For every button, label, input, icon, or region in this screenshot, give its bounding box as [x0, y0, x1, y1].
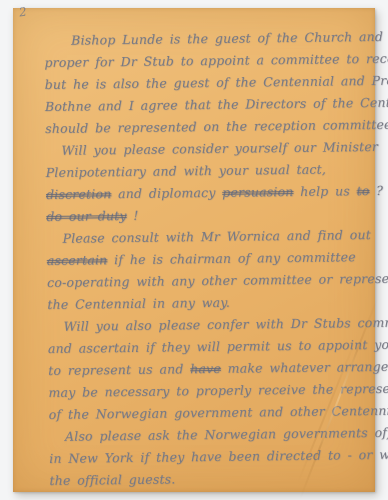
struck-text: to — [357, 183, 370, 198]
text-segment: make whatever arrangements — [221, 358, 388, 376]
text-segment: ? — [369, 183, 383, 198]
text-segment: Also please ask the Norwegian government… — [65, 424, 388, 443]
struck-text: discretion — [46, 186, 112, 202]
text-segment: the Centennial in any way. — [47, 295, 230, 312]
text-segment: the official guests. — [49, 471, 175, 488]
text-segment: proper for Dr Stub to appoint a committe… — [44, 50, 388, 70]
text-segment: Will you please consider yourself our Mi… — [61, 139, 378, 158]
photo-background: 2 Bishop Lunde is the guest of the Churc… — [0, 0, 388, 500]
text-segment: in New York if they have been directed t… — [49, 446, 388, 466]
text-segment: to represent us and — [48, 361, 190, 378]
struck-text: have — [190, 361, 221, 376]
text-segment: and diplomacy — [111, 185, 222, 201]
text-line: in New York if they have been directed t… — [49, 444, 370, 470]
struck-text: do our duty — [46, 208, 127, 224]
text-segment: Bishop Lunde is the guest of the Church … — [71, 28, 388, 47]
letter-body: Bishop Lunde is the guest of the Church … — [44, 26, 371, 492]
text-segment: Plenipotentiary and with your usual tact… — [46, 162, 326, 180]
text-segment: co-operating with any other committee or… — [47, 270, 388, 290]
text-segment: but he is also the guest of the Centenni… — [45, 72, 388, 92]
text-segment: Will you also please confer with Dr Stub… — [64, 314, 388, 333]
text-segment: Bothne and I agree that the Directors of… — [45, 94, 388, 114]
text-segment: Please consult with Mr Wornica and find … — [62, 227, 371, 246]
text-segment: and ascertain if they will permit us to … — [48, 337, 388, 356]
text-segment: should be represented on the reception c… — [45, 117, 388, 136]
text-segment: of the Norwegian government and other Ce… — [49, 402, 388, 422]
text-line: co-operating with any other committee or… — [47, 268, 368, 294]
text-line: the official guests. — [49, 466, 370, 492]
struck-text: persuasion — [222, 184, 293, 200]
letter-paper: 2 Bishop Lunde is the guest of the Churc… — [13, 8, 375, 492]
text-segment: may be necessary to properly receive the… — [48, 380, 388, 400]
text-segment: if he is chairman of any committee — [107, 249, 356, 267]
text-line: discretion and diplomacy persuasion help… — [46, 180, 367, 206]
text-segment: help us — [293, 183, 356, 199]
text-segment: ! — [127, 208, 139, 223]
page-number: 2 — [18, 5, 28, 20]
struck-text: ascertain — [47, 252, 108, 268]
